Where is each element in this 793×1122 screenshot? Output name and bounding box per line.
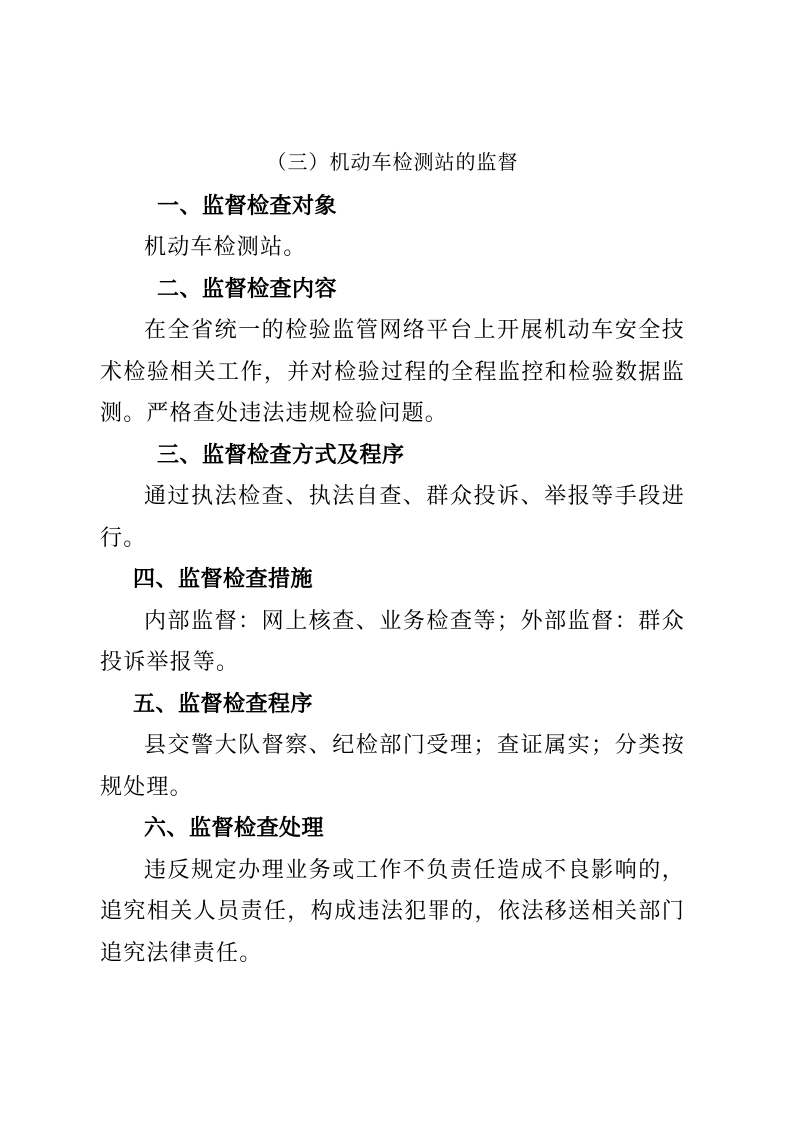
document-content: （三）机动车检测站的监督 一、监督检查对象 机动车检测站。 二、监督检查内容 在… [100, 143, 685, 973]
section-heading-3: 三、监督检查方式及程序 [100, 434, 685, 476]
section-paragraph-5: 县交警大队督察、纪检部门受理；查证属实；分类按规处理。 [100, 724, 685, 807]
section-heading-4: 四、监督检查措施 [100, 558, 685, 600]
document-page: （三）机动车检测站的监督 一、监督检查对象 机动车检测站。 二、监督检查内容 在… [0, 0, 793, 1122]
section-paragraph-3: 通过执法检查、执法自查、群众投诉、举报等手段进行。 [100, 475, 685, 558]
section-paragraph-6: 违反规定办理业务或工作不负责任造成不良影响的，追究相关人员责任，构成违法犯罪的，… [100, 849, 685, 974]
section-paragraph-4: 内部监督：网上核查、业务检查等；外部监督：群众投诉举报等。 [100, 600, 685, 683]
section-heading-6: 六、监督检查处理 [100, 807, 685, 849]
section-heading-5: 五、监督检查程序 [100, 683, 685, 725]
doc-title: （三）机动车检测站的监督 [100, 143, 685, 185]
section-heading-1: 一、监督检查对象 [100, 185, 685, 227]
section-paragraph-2: 在全省统一的检验监管网络平台上开展机动车安全技术检验相关工作，并对检验过程的全程… [100, 309, 685, 434]
section-heading-2: 二、监督检查内容 [100, 268, 685, 310]
section-paragraph-1: 机动车检测站。 [100, 226, 685, 268]
